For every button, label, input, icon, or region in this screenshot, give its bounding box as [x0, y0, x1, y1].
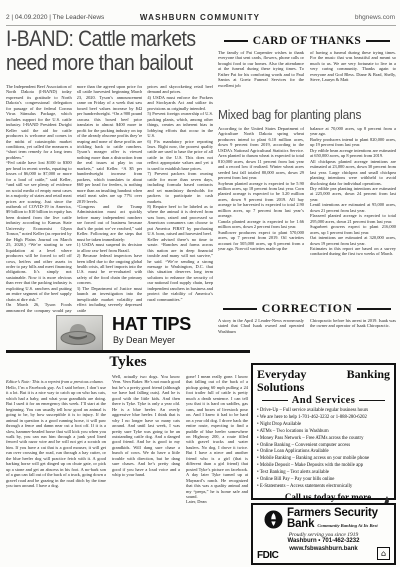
section-divider [6, 350, 250, 353]
tykes-headline: Tykes [6, 354, 250, 371]
tykes-article: Editor’s Note: This is a reprint from a … [6, 374, 250, 564]
title-rule-right [357, 308, 391, 310]
bank-name: Farmers Security Bank Community Banking … [287, 508, 378, 531]
ad-title: Everyday Banking Solutions [257, 368, 390, 394]
ad-subtitle-row: And Services [257, 395, 390, 406]
correction-title: CORRECTION [218, 301, 396, 316]
hat-tips-byline: By Dean Meyer [113, 335, 175, 345]
tykes-column-1-text: Hello, I’m a Facebook guy. As I said bef… [6, 385, 106, 488]
correction-label: CORRECTION [262, 301, 353, 316]
ad-services-list: • Drive-Up – Full service available regu… [257, 408, 390, 491]
correction-column-2: Chiropractic before his arrest in 2019. … [310, 318, 396, 348]
bank-logo-icon [264, 510, 283, 529]
planting-headline: Mixed bag for planting plans [218, 108, 400, 122]
correction-body: A story in the April 2 Leader-News erron… [218, 318, 396, 348]
website-url: bhgnews.com [355, 14, 395, 21]
title-rule-left [224, 40, 248, 42]
cowboy-hat-photo [56, 315, 103, 352]
iband-article: The Independent Beef Association of Nort… [6, 84, 213, 313]
card-of-thanks-label: CARD OF THANKS [253, 35, 361, 47]
fdic-logo: FDIC [257, 550, 278, 561]
bank-services-ad: Everyday Banking Solutions And Services … [251, 363, 396, 500]
newspaper-page: { "page_header": { "left": "2 | 04.09.20… [0, 0, 400, 567]
card-of-thanks-body: The family of Pat Carpentier wishes to t… [218, 50, 396, 107]
iband-column-1: The Independent Beef Association of Nort… [6, 84, 72, 313]
editors-note: Editor’s Note: This is a reprint from a … [6, 379, 104, 384]
ad-subtitle: And Services [292, 395, 355, 406]
title-rule-right [359, 400, 385, 401]
cowboy-hat-icon [57, 316, 100, 349]
bank-name-line-2: Bank [287, 519, 314, 530]
equal-housing-lender-icon: ⌂ [377, 547, 390, 560]
title-rule-right [366, 40, 390, 42]
planting-column-2: balance at 70,000 acres, up 8 percent fr… [310, 126, 396, 298]
planting-article: According to the United States Departmen… [218, 126, 396, 298]
bank-address-phone: Washburn • 701-462-3232 [258, 538, 389, 546]
planting-column-1: According to the United States Departmen… [218, 126, 304, 298]
bank-tagline: Community Banking At Its Best [317, 520, 377, 531]
bank-name-line-2-row: Bank Community Banking At Its Best [287, 519, 378, 531]
title-rule-left [262, 400, 288, 401]
card-of-thanks-title: CARD OF THANKS [218, 35, 396, 47]
iband-column-3: prices and skyrocketing retail beef dema… [147, 84, 213, 313]
iband-column-2: more than the agreed upon price for all … [77, 84, 143, 313]
hat-tips-title: HAT TIPS [112, 314, 191, 335]
section-banner: WASHBURN COMMUNITY [0, 13, 400, 22]
tykes-column-3: gone! I mean really gone. I know that fa… [186, 374, 248, 564]
farmers-security-bank-ad: Farmers Security Bank Community Banking … [251, 503, 396, 565]
title-rule-left [223, 308, 257, 310]
tykes-column-2: Well, actually two dogs. You know Vern. … [112, 374, 180, 564]
correction-column-1: A story in the April 2 Leader-News erron… [218, 318, 304, 348]
iband-headline: I-BAND: Cattle markets need more than ba… [6, 27, 235, 75]
card-column-1: The family of Pat Carpentier wishes to t… [218, 50, 304, 107]
card-column-2: of having a funeral during these trying … [310, 50, 396, 107]
tykes-column-1: Editor’s Note: This is a reprint from a … [6, 374, 106, 564]
bank-identity-row: Farmers Security Bank Community Banking … [264, 508, 389, 531]
